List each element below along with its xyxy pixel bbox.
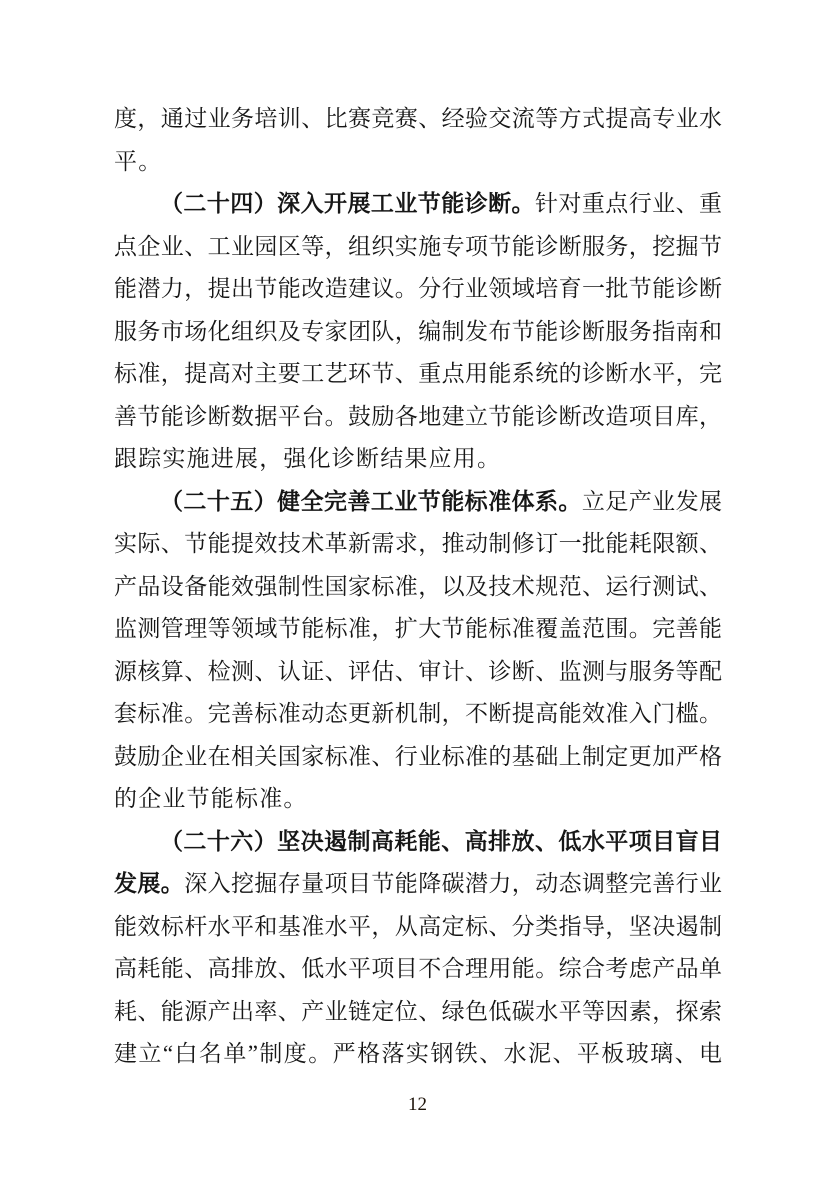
- text-line: 鼓励企业在相关国家标准、行业标准的基础上制定更加严格: [114, 736, 722, 779]
- text-line: 善节能诊断数据平台。鼓励各地建立节能诊断改造项目库，: [114, 396, 722, 439]
- body-text: 立足产业发展: [582, 489, 722, 514]
- body-text: 度，通过业务培训、比赛竞赛、经验交流等方式提高专业水: [114, 106, 722, 131]
- text-line: 发展。深入挖掘存量项目节能降碳潜力，动态调整完善行业: [114, 863, 722, 906]
- text-line: 能潜力，提出节能改造建议。分行业领域培育一批节能诊断: [114, 268, 722, 311]
- text-line-section-24: （二十四）深入开展工业节能诊断。针对重点行业、重: [114, 183, 722, 226]
- body-text: 善节能诊断数据平台。鼓励各地建立节能诊断改造项目库，: [114, 404, 722, 429]
- text-line: 监测管理等领域节能标准，扩大节能标准覆盖范围。完善能: [114, 608, 722, 651]
- text-line-section-26: （二十六）坚决遏制高耗能、高排放、低水平项目盲目: [114, 821, 722, 864]
- body-text: 深入挖掘存量项目节能降碳潜力，动态调整完善行业: [184, 871, 722, 896]
- text-line: 点企业、工业园区等，组织实施专项节能诊断服务，挖掘节: [114, 226, 722, 269]
- body-text: 能效标杆水平和基准水平，从高定标、分类指导，坚决遏制: [114, 914, 722, 939]
- text-line: 跟踪实施进展，强化诊断结果应用。: [114, 438, 722, 481]
- body-text: 产品设备能效强制性国家标准，以及技术规范、运行测试、: [114, 574, 722, 599]
- body-text: 鼓励企业在相关国家标准、行业标准的基础上制定更加严格: [114, 744, 722, 769]
- body-text: 源核算、检测、认证、评估、审计、诊断、监测与服务等配: [114, 659, 722, 684]
- body-text: 平。: [114, 149, 162, 174]
- body-text: 实际、节能提效技术革新需求，推动制修订一批能耗限额、: [114, 531, 722, 556]
- body-text: 服务市场化组织及专家团队，编制发布节能诊断服务指南和: [114, 319, 722, 344]
- body-text: 标准，提高对主要工艺环节、重点用能系统的诊断水平，完: [114, 361, 722, 386]
- text-line: 耗、能源产出率、产业链定位、绿色低碳水平等因素，探索: [114, 991, 722, 1034]
- document-body: 度，通过业务培训、比赛竞赛、经验交流等方式提高专业水 平。 （二十四）深入开展工…: [114, 98, 722, 1076]
- body-text: 高耗能、高排放、低水平项目不合理用能。综合考虑产品单: [114, 956, 722, 981]
- section-heading: （二十四）深入开展工业节能诊断。: [160, 191, 535, 216]
- text-line: 的企业节能标准。: [114, 778, 722, 821]
- text-line: 套标准。完善标准动态更新机制，不断提高能效准入门槛。: [114, 693, 722, 736]
- document-page: 度，通过业务培训、比赛竞赛、经验交流等方式提高专业水 平。 （二十四）深入开展工…: [0, 0, 835, 1182]
- text-line: 产品设备能效强制性国家标准，以及技术规范、运行测试、: [114, 566, 722, 609]
- page-number: 12: [0, 1092, 835, 1118]
- body-text: 跟踪实施进展，强化诊断结果应用。: [114, 446, 501, 471]
- body-text: 针对重点行业、重: [535, 191, 722, 216]
- text-line: 平。: [114, 141, 722, 184]
- text-line-section-25: （二十五）健全完善工业节能标准体系。立足产业发展: [114, 481, 722, 524]
- body-text: 耗、能源产出率、产业链定位、绿色低碳水平等因素，探索: [114, 999, 722, 1024]
- body-text: 的企业节能标准。: [114, 786, 308, 811]
- body-text: 套标准。完善标准动态更新机制，不断提高能效准入门槛。: [114, 701, 722, 726]
- text-line: 标准，提高对主要工艺环节、重点用能系统的诊断水平，完: [114, 353, 722, 396]
- text-line: 实际、节能提效技术革新需求，推动制修订一批能耗限额、: [114, 523, 722, 566]
- body-text: 监测管理等领域节能标准，扩大节能标准覆盖范围。完善能: [114, 616, 722, 641]
- section-heading-continued: 发展。: [114, 871, 184, 896]
- text-line: 建立“白名单”制度。严格落实钢铁、水泥、平板玻璃、电: [114, 1033, 722, 1076]
- section-heading: （二十六）坚决遏制高耗能、高排放、低水平项目盲目: [160, 829, 722, 854]
- body-text: 能潜力，提出节能改造建议。分行业领域培育一批节能诊断: [114, 276, 722, 301]
- text-line: 度，通过业务培训、比赛竞赛、经验交流等方式提高专业水: [114, 98, 722, 141]
- text-line: 服务市场化组织及专家团队，编制发布节能诊断服务指南和: [114, 311, 722, 354]
- body-text: 建立“白名单”制度。严格落实钢铁、水泥、平板玻璃、电: [114, 1041, 722, 1066]
- text-line: 能效标杆水平和基准水平，从高定标、分类指导，坚决遏制: [114, 906, 722, 949]
- section-heading: （二十五）健全完善工业节能标准体系。: [160, 489, 582, 514]
- text-line: 源核算、检测、认证、评估、审计、诊断、监测与服务等配: [114, 651, 722, 694]
- text-line: 高耗能、高排放、低水平项目不合理用能。综合考虑产品单: [114, 948, 722, 991]
- body-text: 点企业、工业园区等，组织实施专项节能诊断服务，挖掘节: [114, 234, 722, 259]
